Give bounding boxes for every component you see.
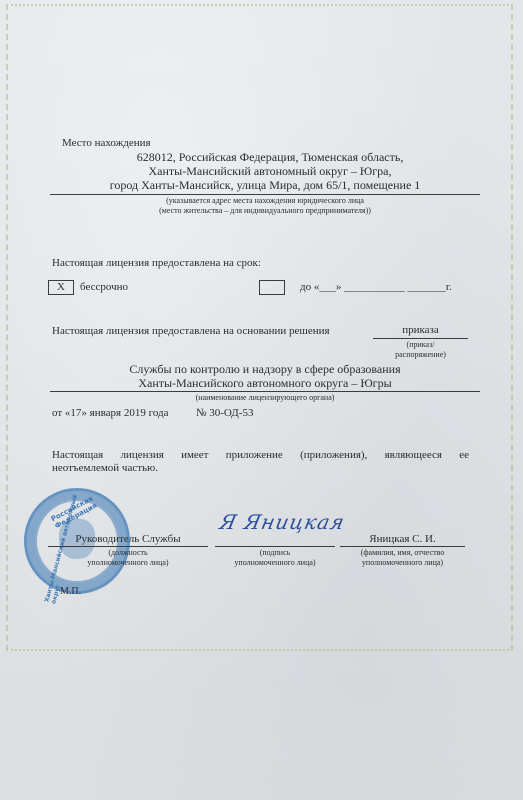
appendix-word: (приложения), [300,449,367,462]
position-underline [48,546,208,547]
appendix-word: ее [459,449,469,462]
signer-name: Яницкая С. И. [340,533,465,546]
until-date-field: до «___» ___________ _______г. [300,281,452,294]
address-hint-1: (указывается адрес места нахождения юрид… [50,196,480,206]
limited-checkbox [259,280,285,295]
decision-hint-2: распоряжение) [373,350,468,360]
authority-line-1: Службы по контролю и надзору в сфере обр… [50,363,480,376]
position-hint-2: уполномоченного лица) [48,558,208,568]
address-underline [50,194,480,195]
appendix-word: Настоящая [52,449,103,462]
signer-position: Руководитель Службы [48,533,208,546]
decision-number: № 30-ОД-53 [196,407,253,420]
address-label: Место нахождения [62,137,151,150]
decision-underline [373,338,468,339]
unlimited-checkbox: X [48,280,74,295]
authority-underline [50,391,480,392]
authority-line-2: Ханты-Мансийского автономного округа – Ю… [50,377,480,390]
basis-label: Настоящая лицензия предоставлена на осно… [52,325,330,338]
appendix-line-2: неотъемлемой частью. [52,462,158,475]
signature-underline [215,546,335,547]
signature-hint-1: (подпись [215,548,335,558]
seal-place-label: М.П. [60,585,81,598]
authority-hint: (наименование лицензирующего органа) [50,393,480,403]
appendix-word: имеет [181,449,208,462]
address-line-3: город Ханты-Мансийск, улица Мира, дом 65… [50,179,480,192]
name-hint-2: уполномоченного лица) [340,558,465,568]
address-hint-2: (место жительства – для индивидуального … [50,206,480,216]
term-label: Настоящая лицензия предоставлена на срок… [52,257,261,270]
appendix-word: лицензия [120,449,163,462]
decision-type: приказа [373,324,468,337]
signature-hint-2: уполномоченного лица) [215,558,335,568]
address-line-2: Ханты-Мансийский автономный округ – Югра… [60,165,480,178]
decision-hint-1: (приказ/ [373,340,468,350]
decision-date: от «17» января 2019 года [52,407,169,420]
unlimited-label: бессрочно [80,281,128,294]
appendix-word: приложение [226,449,283,462]
name-hint-1: (фамилия, имя, отчество [340,548,465,558]
license-page: Место нахождения 628012, Российская Феде… [0,0,523,800]
appendix-line-1: Настоящая лицензия имеет приложение (при… [52,449,469,462]
appendix-word: являющееся [385,449,442,462]
position-hint-1: (должность [48,548,208,558]
address-line-1: 628012, Российская Федерация, Тюменская … [60,151,480,164]
name-underline [340,546,465,547]
handwritten-signature: Я Яницкая [217,510,347,534]
